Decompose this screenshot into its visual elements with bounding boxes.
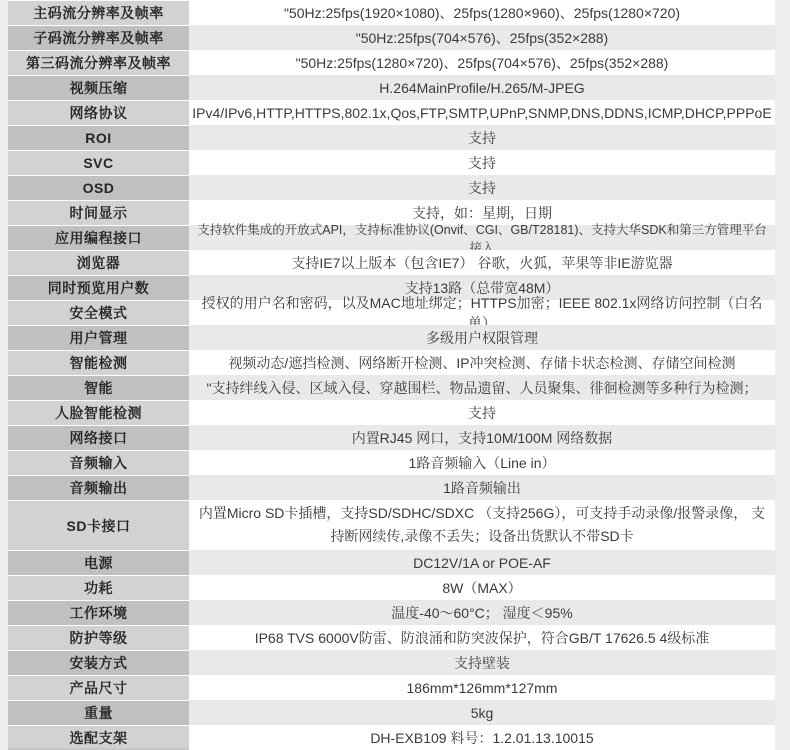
spec-row-label: 音频输入 [8,450,189,475]
spec-row-label: 主码流分辨率及帧率 [8,0,189,25]
spec-row-value: 支持 [189,150,775,175]
spec-row-label: SD卡接口 [8,500,189,550]
spec-row-label: 智能检测 [8,350,189,375]
spec-row-label: 人脸智能检测 [8,400,189,425]
spec-row: SVC支持 [0,150,790,175]
spec-row-label: 重量 [8,700,189,725]
spec-row-value: 支持 [189,175,775,200]
spec-row-label: 智能 [8,375,189,400]
spec-row-label: 用户管理 [8,325,189,350]
spec-row-label: 时间显示 [8,200,189,225]
spec-row-label: 应用编程接口 [8,225,189,250]
spec-row-label: 产品尺寸 [8,675,189,700]
spec-row: 智能检测视频动态/遮挡检测、网络断开检测、IP冲突检测、存储卡状态检测、存储空间… [0,350,790,375]
spec-row: 网络接口内置RJ45 网口，支持10M/100M 网络数据 [0,425,790,450]
spec-row-value: 内置Micro SD卡插槽，支持SD/SDHC/SDXC （支持256G），可支… [189,500,775,550]
spec-row-value: 8W（MAX） [189,575,775,600]
spec-row-label: 子码流分辨率及帧率 [8,25,189,50]
spec-row: 重量5kg [0,700,790,725]
spec-row-value: IPv4/IPv6,HTTP,HTTPS,802.1x,Qos,FTP,SMTP… [189,100,775,125]
spec-row-label: 第三码流分辨率及帧率 [8,50,189,75]
spec-row-value: DC12V/1A or POE-AF [189,550,775,575]
spec-row-value: DH-EXB109 料号：1.2.01.13.10015 [189,725,775,750]
spec-row-value: 温度-40～60°C； 湿度＜95% [189,600,775,625]
spec-row: 产品尺寸186mm*126mm*127mm [0,675,790,700]
spec-row-value: 支持 [189,125,775,150]
spec-row-label: 同时预览用户数 [8,275,189,300]
spec-row: ROI支持 [0,125,790,150]
spec-row: 选配支架DH-EXB109 料号：1.2.01.13.10015 [0,725,790,750]
spec-row-label: ROI [8,125,189,150]
spec-row-label: 功耗 [8,575,189,600]
spec-row-value: "50Hz:25fps(704×576)、25fps(352×288) [189,25,775,50]
spec-row: 应用编程接口支持软件集成的开放式API，支持标准协议(Onvif、CGI、GB/… [0,225,790,250]
spec-row: 人脸智能检测支持 [0,400,790,425]
spec-row-label: 选配支架 [8,725,189,750]
spec-row-value: 1路音频输出 [189,475,775,500]
spec-row: 音频输入1路音频输入（Line in） [0,450,790,475]
spec-table: 主码流分辨率及帧率"50Hz:25fps(1920×1080)、25fps(12… [0,0,790,750]
spec-row: OSD支持 [0,175,790,200]
spec-row-value: H.264MainProfile/H.265/M-JPEG [189,75,775,100]
spec-row-label: 网络接口 [8,425,189,450]
spec-row-value: "支持绊线入侵、区域入侵、穿越围栏、物品遗留、人员聚集、徘徊检测等多种行为检测； [189,375,775,400]
spec-row: 智能"支持绊线入侵、区域入侵、穿越围栏、物品遗留、人员聚集、徘徊检测等多种行为检… [0,375,790,400]
spec-row: SD卡接口内置Micro SD卡插槽，支持SD/SDHC/SDXC （支持256… [0,500,790,550]
spec-row: 安装方式支持壁装 [0,650,790,675]
spec-row-label: 电源 [8,550,189,575]
spec-row-label: 网络协议 [8,100,189,125]
spec-row: 音频输出1路音频输出 [0,475,790,500]
spec-row-value: 内置RJ45 网口，支持10M/100M 网络数据 [189,425,775,450]
spec-row-label: SVC [8,150,189,175]
spec-row-label: 视频压缩 [8,75,189,100]
spec-row: 电源DC12V/1A or POE-AF [0,550,790,575]
spec-row-value: 支持壁装 [189,650,775,675]
spec-row: 防护等级IP68 TVS 6000V防雷、防浪涌和防突波保护，符合GB/T 17… [0,625,790,650]
spec-row-value: 授权的用户名和密码，以及MAC地址绑定；HTTPS加密；IEEE 802.1x网… [189,300,775,325]
spec-row-value: "50Hz:25fps(1920×1080)、25fps(1280×960)、2… [189,0,775,25]
spec-row: 网络协议IPv4/IPv6,HTTP,HTTPS,802.1x,Qos,FTP,… [0,100,790,125]
spec-row-value: 支持IE7以上版本（包含IE7） 谷歌，火狐，苹果等非IE游览器 [189,250,775,275]
spec-row-label: 工作环境 [8,600,189,625]
spec-row: 功耗8W（MAX） [0,575,790,600]
spec-row-value: IP68 TVS 6000V防雷、防浪涌和防突波保护，符合GB/T 17626.… [189,625,775,650]
spec-row: 用户管理多级用户权限管理 [0,325,790,350]
spec-row: 主码流分辨率及帧率"50Hz:25fps(1920×1080)、25fps(12… [0,0,790,25]
spec-row-value: 186mm*126mm*127mm [189,675,775,700]
spec-row-label: 防护等级 [8,625,189,650]
spec-row: 子码流分辨率及帧率"50Hz:25fps(704×576)、25fps(352×… [0,25,790,50]
spec-row-value: 5kg [189,700,775,725]
spec-row-value: 1路音频输入（Line in） [189,450,775,475]
spec-row-label: 安全模式 [8,300,189,325]
spec-row-label: OSD [8,175,189,200]
spec-row: 安全模式授权的用户名和密码，以及MAC地址绑定；HTTPS加密；IEEE 802… [0,300,790,325]
spec-row: 第三码流分辨率及帧率"50Hz:25fps(1280×720)、25fps(70… [0,50,790,75]
spec-row-value: "50Hz:25fps(1280×720)、25fps(704×576)、25f… [189,50,775,75]
spec-row-value: 支持软件集成的开放式API，支持标准协议(Onvif、CGI、GB/T28181… [189,225,775,250]
spec-row: 工作环境温度-40～60°C； 湿度＜95% [0,600,790,625]
spec-row-value: 支持 [189,400,775,425]
spec-row: 视频压缩H.264MainProfile/H.265/M-JPEG [0,75,790,100]
spec-row: 浏览器支持IE7以上版本（包含IE7） 谷歌，火狐，苹果等非IE游览器 [0,250,790,275]
spec-row-label: 浏览器 [8,250,189,275]
spec-row-label: 安装方式 [8,650,189,675]
spec-row-label: 音频输出 [8,475,189,500]
spec-row-value: 视频动态/遮挡检测、网络断开检测、IP冲突检测、存储卡状态检测、存储空间检测 [189,350,775,375]
spec-row-value: 多级用户权限管理 [189,325,775,350]
